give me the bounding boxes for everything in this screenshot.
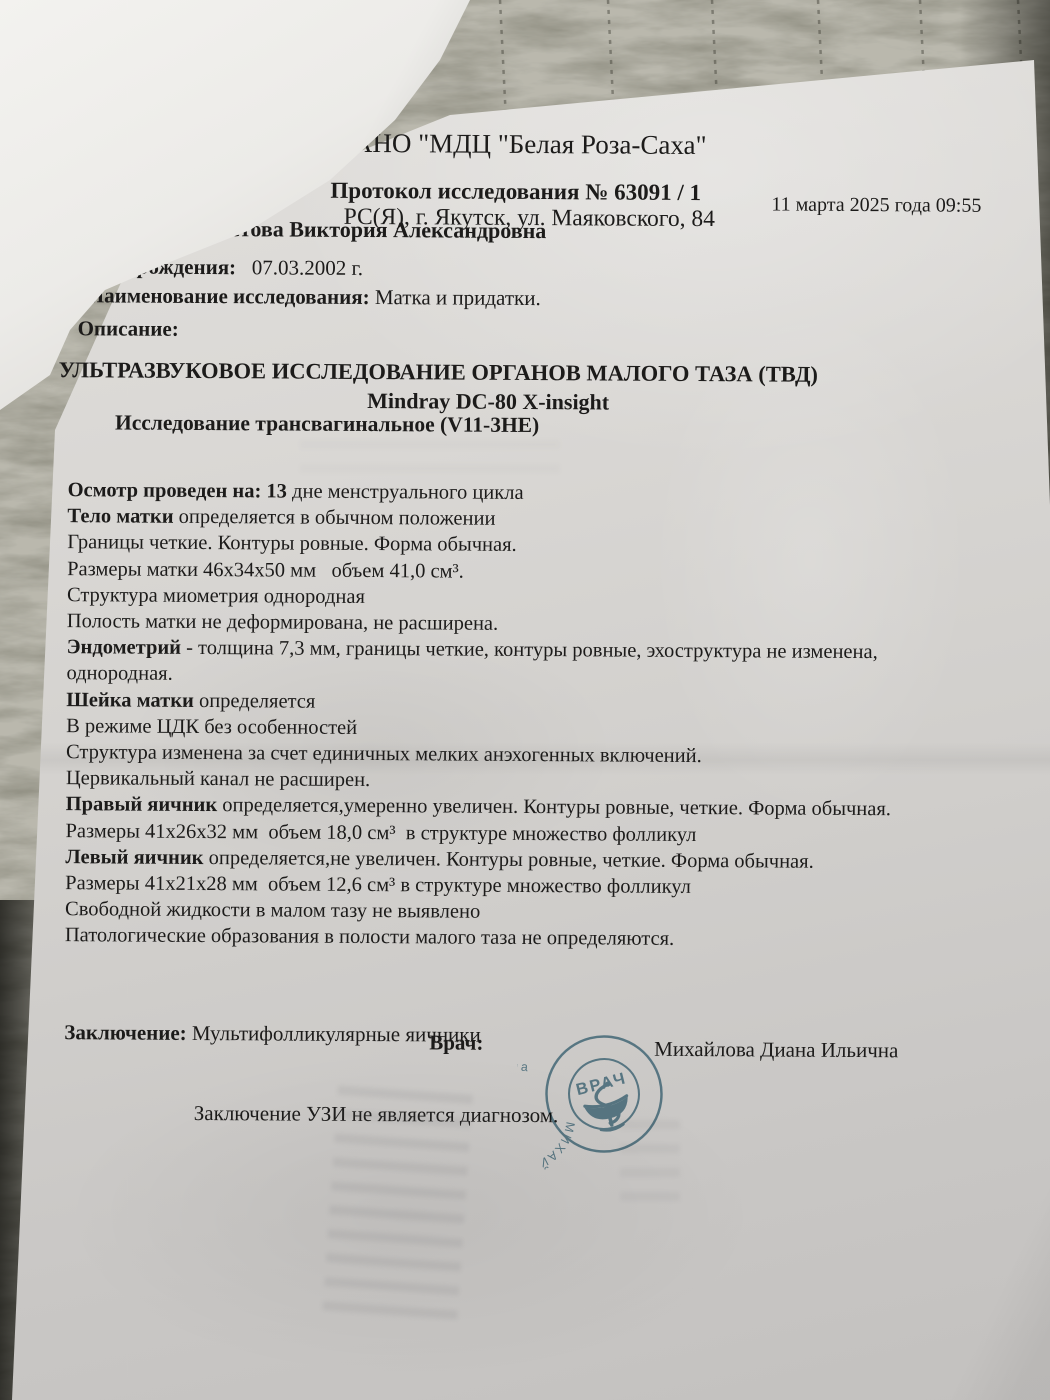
study-name-label: Наименование исследования: xyxy=(88,283,370,309)
photo-of-document: АНО "МДЦ "Белая Роза-Саха" РС(Я), г. Яку… xyxy=(0,0,1050,1400)
conclusion-note: Заключение УЗИ не является диагнозом. xyxy=(194,1099,559,1128)
stamp-center-text: ВРАЧ xyxy=(574,1069,629,1099)
doctor-label: Врач: xyxy=(429,1030,483,1055)
protocol-title: Протокол исследования № 63091 / 1 xyxy=(330,178,701,206)
stamp-outer-circle xyxy=(534,1024,673,1163)
conclusion-label: Заключение: xyxy=(64,1020,187,1045)
ultrasound-title: УЛЬТРАЗВУКОВОЕ ИССЛЕДОВАНИЕ ОРГАНОВ МАЛО… xyxy=(58,357,818,388)
description-label: Описание: xyxy=(78,316,179,342)
ultrasound-method: Исследование трансвагинальное (V11-3HE) xyxy=(115,410,539,438)
doctor-name: Михайлова Диана Ильична xyxy=(654,1037,898,1063)
birth-date-value: 07.03.2002 г. xyxy=(252,255,363,280)
findings-section: Осмотр проведен на: 13 дне менструальног… xyxy=(65,477,948,954)
conclusion-section: Заключение: Мультифолликулярные яичники … xyxy=(63,966,559,1181)
study-name-line: Наименование исследования: Матка и прида… xyxy=(88,283,541,311)
finding-line: Патологические образования в полости мал… xyxy=(65,923,945,955)
study-name-value: Матка и придатки. xyxy=(375,285,541,310)
finding-line: Эндометрий - толщина 7,3 мм, границы чет… xyxy=(66,634,946,692)
conclusion-line: Заключение: Мультифолликулярные яичники xyxy=(64,1019,559,1049)
protocol-datetime: 11 марта 2025 года 09:55 xyxy=(771,193,981,217)
